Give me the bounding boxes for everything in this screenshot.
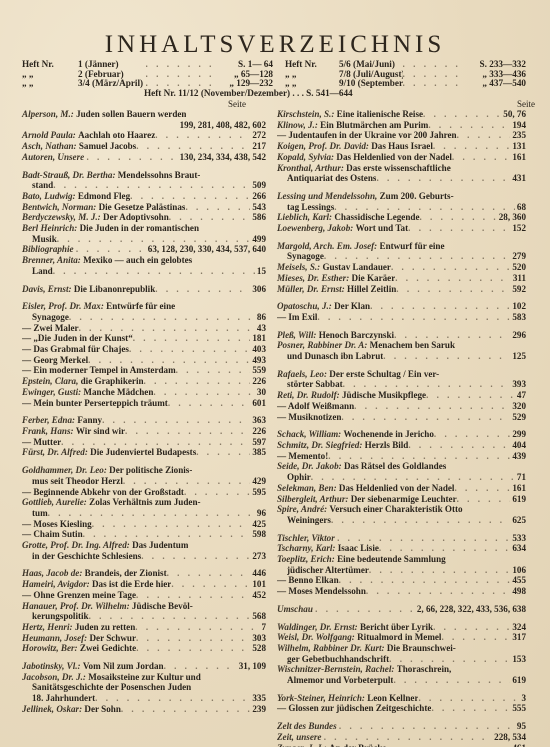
index-entry: Seide, Dr. Jakob: Das Rätsel des Goldlan… xyxy=(277,461,526,482)
entry-title: — Georg Merkel xyxy=(22,355,88,366)
entry-author: Kopald, Sylvia: xyxy=(277,152,334,163)
issue-name: 3/4 (März/April) xyxy=(78,79,146,89)
entry-pages: 7 xyxy=(259,622,266,633)
entry-author: Rafaels, Leo: xyxy=(277,369,327,380)
entry-line: Synagoge86 xyxy=(22,312,266,323)
issue-number: 1 xyxy=(78,60,83,69)
entry-pages: 226 xyxy=(250,376,266,387)
index-entry: Ewinger, Gusti: Manche Mädchen30 xyxy=(22,387,266,398)
issue-pages: „ 437—540 xyxy=(466,79,530,89)
index-entry: Waldinger, Dr. Ernst: Bericht über Lyrik… xyxy=(277,622,526,633)
leader-dots xyxy=(53,266,255,277)
entry-author: Wischnitzer-Bernstein, Rachel: xyxy=(277,664,394,675)
entry-author: Autoren, Unsere xyxy=(22,152,84,163)
leader-dots xyxy=(169,212,251,223)
entry-line: — Moses Mendelssohn498 xyxy=(277,586,526,597)
leader-dots xyxy=(136,643,250,654)
leader-dots xyxy=(317,312,510,323)
entry-title: Wochenende in Jericho xyxy=(343,429,433,440)
index-entry: Margold, Arch. Em. Josef: Entwurf für ei… xyxy=(277,241,526,262)
entry-line: störter Sabbat393 xyxy=(277,379,526,390)
entry-author: Pleß, Will: xyxy=(277,330,316,341)
entry-title: Der politische Zionis- xyxy=(109,465,192,476)
entry-author: Meisels, S.: xyxy=(277,262,320,273)
index-entry: — Adolf Weißmann320 xyxy=(277,401,526,412)
entry-line: Ewinger, Gusti: Manche Mädchen30 xyxy=(22,387,266,398)
leader-dots xyxy=(403,79,467,89)
entry-author: Tischler, Viktor xyxy=(277,533,335,544)
leader-dots xyxy=(130,191,250,202)
leader-dots xyxy=(121,704,250,715)
entry-line: Reti, Dr. Rudolf: Jüdische Musikpflege47 xyxy=(277,390,526,401)
entry-author: Heumann, Josef: xyxy=(22,633,87,644)
entry-pages: 95 xyxy=(515,721,526,732)
leader-dots xyxy=(136,633,250,644)
index-entry: York-Steiner, Heinrich: Leon Kellner3 xyxy=(277,693,526,704)
entry-line: Hameiri, Avigdor: Das ist die Erde hier1… xyxy=(22,579,266,590)
leader-dots xyxy=(441,632,510,643)
entry-title: Ein Blutmärchen am Purim xyxy=(320,120,428,131)
entry-pages: 30 xyxy=(255,387,266,398)
index-entry: Berdyczewsky, M. J.: Der Adoptivsohn586 xyxy=(22,212,266,223)
index-entry: — Moses Mendelssohn498 xyxy=(277,586,526,597)
entry-line: Mieses, Dr. Esther: Die Karäer311 xyxy=(277,273,526,284)
leader-dots xyxy=(61,437,250,448)
entry-author: York-Steiner, Heinrich: xyxy=(277,693,365,704)
entry-author: Gottlieb, Aurelie: xyxy=(22,497,87,508)
leader-dots xyxy=(339,721,515,732)
entry-author: Goldhammer, Dr. Leo: xyxy=(22,465,107,476)
entry-author: Jabotinsky, Vl.: xyxy=(22,661,81,672)
entry-pages: 303 xyxy=(250,633,266,644)
index-entry: Eisler, Prof. Dr. Max: Entwürfe für eine… xyxy=(22,301,266,322)
entry-author: Frank, Hans: xyxy=(22,426,74,437)
index-column-right: Kirschstein, S.: Eine italienische Reise… xyxy=(277,109,526,747)
entry-line: Loewenberg, Jakob: Wort und Tat152 xyxy=(277,223,526,234)
issue-name: 7/8 (Juli/August) xyxy=(339,70,403,80)
index-entry: Selekman, Ben: Das Heldenlied von der Na… xyxy=(277,483,526,494)
entry-author: Seide, Dr. Jakob: xyxy=(277,461,342,472)
leader-dots xyxy=(331,515,510,526)
entry-author: Müller, Dr. Ernst: xyxy=(277,284,345,295)
entry-pages: 199, 281, 408, 482, 602 xyxy=(178,120,266,131)
leader-dots xyxy=(48,508,255,519)
entry-pages: 161 xyxy=(510,483,526,494)
index-entry: Zeit, unsere 228, 534 xyxy=(277,732,526,743)
entry-title: — Glossen zur jüdischen Zeitgeschichte xyxy=(277,703,431,714)
entry-title: — Judentaufen in der Ukraine vor 200 Jah… xyxy=(277,130,457,141)
entry-line: ger Gebetbuchhandschrift153 xyxy=(277,654,526,665)
entry-title: Die Libanonrepublik xyxy=(74,284,155,295)
entry-pages: 153 xyxy=(510,654,526,665)
entry-line: Berl Heinrich: Die Juden in der romantis… xyxy=(22,223,266,234)
entry-line: — Ohne Grenzen meine Tage452 xyxy=(22,590,266,601)
leader-dots xyxy=(76,244,146,255)
entry-line: Almemor und Vorbeterpult619 xyxy=(277,675,526,686)
leader-dots xyxy=(395,273,511,284)
entry-pages: 363 xyxy=(250,415,266,426)
entry-line: Hertz, Henri: Juden zu retten7 xyxy=(22,622,266,633)
entry-line: Gottlieb, Aurelie: Zolas Verhältnis zum … xyxy=(22,497,266,508)
index-entry: Gottlieb, Aurelie: Zolas Verhältnis zum … xyxy=(22,497,266,518)
issue-months: (Jänner) xyxy=(85,60,119,69)
entry-title: Der Adoptivsohn xyxy=(103,212,169,223)
leader-dots xyxy=(69,312,255,323)
entry-line: Opatoschu, J.: Der Klan102 xyxy=(277,301,526,312)
entry-line: Badt-Strauß, Dr. Bertha: Mendelssohns Br… xyxy=(22,170,266,181)
entry-title: — Mutter xyxy=(22,437,61,448)
entry-pages: 306 xyxy=(250,284,266,295)
entry-line: — Zwei Maler43 xyxy=(22,323,266,334)
entry-line: Margold, Arch. Em. Josef: Entwurf für ei… xyxy=(277,241,526,252)
leader-dots xyxy=(129,344,250,355)
entry-title-cont: Ophir xyxy=(287,472,311,483)
leader-dots xyxy=(386,743,510,747)
index-entry: Brenner, Anita: Mexiko — auch ein gelobt… xyxy=(22,255,266,276)
entry-pages: 439 xyxy=(510,451,526,462)
entry-author: Klinow, J.: xyxy=(277,120,318,131)
entry-author: Badt-Strauß, Dr. Bertha: xyxy=(22,170,116,181)
entry-author: Ewinger, Gusti: xyxy=(22,387,81,398)
entry-line: Wilhelm, Rabbiner Dr. Kurt: Die Braunsch… xyxy=(277,643,526,654)
leader-dots xyxy=(433,622,510,633)
entry-pages: 559 xyxy=(250,365,266,376)
entry-pages: 555 xyxy=(510,703,526,714)
entry-line: Müller, Dr. Ernst: Hillel Zeitlin592 xyxy=(277,284,526,295)
entry-title: Entwürfe für eine xyxy=(106,301,175,312)
index-entry: Posner, Rabbiner Dr. A: Menachem ben Sar… xyxy=(277,340,526,361)
entry-title: Die Gesetze Palästinas xyxy=(99,202,186,213)
leader-dots xyxy=(92,519,251,530)
entry-line: — Chaim Sutin598 xyxy=(22,529,266,540)
entry-title: Der erste Schultag / Ein ver- xyxy=(329,369,439,380)
entry-title: Chassidische Legende xyxy=(334,212,419,223)
entry-title-cont: Sanitätsgeschichte der Posenschen Juden xyxy=(32,682,191,693)
entry-pages: 68 xyxy=(515,202,526,213)
entry-line: — Judentaufen in der Ukraine vor 200 Jah… xyxy=(277,130,526,141)
entry-title: Jüdische Bevöl- xyxy=(132,601,193,612)
entry-line: Zynger, J. J.: An der Brücke461 xyxy=(277,743,526,747)
issue-number: 3/4 xyxy=(78,79,90,88)
leader-dots xyxy=(343,379,511,390)
entry-pages: 235 xyxy=(510,130,526,141)
entry-line: Fürst, Dr. Alfred: Die Judenviertel Buda… xyxy=(22,447,266,458)
leader-dots xyxy=(79,323,255,334)
leader-dots xyxy=(433,141,510,152)
entry-pages: 317 xyxy=(510,632,526,643)
entry-author: Schack, William: xyxy=(277,429,341,440)
entry-title-cont: Almemor und Vorbeterpult xyxy=(287,675,393,686)
entry-line: — Das Grabmal für Chajes403 xyxy=(22,344,266,355)
entry-line: Tischler, Viktor 533 xyxy=(277,533,526,544)
issue-number: 9/10 xyxy=(339,79,355,88)
index-entry: Bentwich, Norman: Die Gesetze Palästinas… xyxy=(22,202,266,213)
index-entry: Pleß, Will: Henoch Barczynski296 xyxy=(277,330,526,341)
leader-dots xyxy=(379,543,510,554)
index-entry: Hameiri, Avigdor: Das ist die Erde hier1… xyxy=(22,579,266,590)
entry-line: Brenner, Anita: Mexiko — auch ein gelobt… xyxy=(22,255,266,266)
entry-line: Lieblich, Karl: Chassidische Legende28, … xyxy=(277,212,526,223)
leader-dots xyxy=(426,390,515,401)
leader-dots xyxy=(452,152,510,163)
leader-dots xyxy=(57,234,251,245)
entry-title-cont: tag Lessings xyxy=(287,202,334,213)
entry-line: Waldinger, Dr. Ernst: Bericht über Lyrik… xyxy=(277,622,526,633)
leader-dots xyxy=(185,202,250,213)
entry-title: — Im Exil xyxy=(277,312,317,323)
entry-title: Der Schwur xyxy=(89,633,136,644)
index-entry: Spire, André: Versuch einer Charakterist… xyxy=(277,504,526,525)
entry-title-cont: kerungspolitik xyxy=(32,611,89,622)
index-entry: Haas, Jacob de: Brandeis, der Zionist446 xyxy=(22,568,266,579)
entry-pages: 568 xyxy=(250,611,266,622)
entry-author: Jacobson, Dr. J.: xyxy=(22,672,86,683)
index-entry: Schmitz, Dr. Siegfried: Herzls Bild404 xyxy=(277,440,526,451)
entry-line: Arnold Paula: Aachlah oto Haarez272 xyxy=(22,130,266,141)
entry-pages: 31, 109 xyxy=(237,661,266,672)
entry-author: Mieses, Dr. Esther: xyxy=(277,273,349,284)
issue-name: 2 (Februar) xyxy=(78,70,146,80)
entry-author: Haas, Jacob de: xyxy=(22,568,82,579)
leader-dots xyxy=(328,451,510,462)
entry-author: Weisl, Dr. Wolfgang: xyxy=(277,632,355,643)
index-entry: — Zwei Maler43 xyxy=(22,323,266,334)
leader-dots xyxy=(83,529,251,540)
entry-line: stand509 xyxy=(22,180,266,191)
leader-dots xyxy=(403,60,467,70)
entry-title: die Graphikerin xyxy=(81,376,144,387)
entry-author: Bibliographie xyxy=(22,244,74,255)
entry-author: Horowitz, Ber: xyxy=(22,643,78,654)
issue-label: „ „ xyxy=(22,79,78,89)
entry-line: Davis, Ernst: Die Libanonrepublik306 xyxy=(22,284,266,295)
leader-dots xyxy=(454,483,510,494)
entry-author: Loewenberg, Jakob: xyxy=(277,223,353,234)
entry-title: Hillel Zeitlin xyxy=(347,284,396,295)
entry-pages: 130, 234, 334, 438, 542 xyxy=(178,152,266,163)
index-entry: Alperson, M.: Juden sollen Bauern werden… xyxy=(22,109,266,130)
entry-title: Herzls Bild xyxy=(365,440,409,451)
entry-pages: 279 xyxy=(510,251,526,262)
entry-line: in der Geschichte Schlesiens273 xyxy=(22,551,266,562)
index-column-left: Alperson, M.: Juden sollen Bauern werden… xyxy=(22,109,266,715)
leader-dots xyxy=(394,330,510,341)
seite-label-right: Seite xyxy=(517,99,535,109)
entry-author: Berdyczewsky, M. J.: xyxy=(22,212,101,223)
entry-title-cont: ger Gebetbuchhandschrift xyxy=(287,654,389,665)
leader-dots xyxy=(324,251,510,262)
entry-line: Bibliographie 63, 128, 230, 330, 434, 53… xyxy=(22,244,266,255)
entry-line: Heumann, Josef: Der Schwur303 xyxy=(22,633,266,644)
entry-pages: 47 xyxy=(515,390,526,401)
entry-author: Silbergleit, Arthur: xyxy=(277,494,348,505)
entry-line: Hanauer, Prof. Dr. Wilhelm: Jüdische Bev… xyxy=(22,601,266,612)
entry-pages: 583 xyxy=(510,312,526,323)
entry-title: Mosaiksteine zur Kultur und xyxy=(88,672,201,683)
entry-pages: 43 xyxy=(255,323,266,334)
entry-line: Jacobson, Dr. J.: Mosaiksteine zur Kultu… xyxy=(22,672,266,683)
entry-author: Kronthal, Arthur: xyxy=(277,163,344,174)
index-entry: Kopald, Sylvia: Das Heldenlied von der N… xyxy=(277,152,526,163)
issue-months: (Mai/Juni) xyxy=(353,60,395,69)
entry-title: Der Klan xyxy=(334,301,370,312)
entry-line: Bato, Ludwig: Edmond Fleg266 xyxy=(22,191,266,202)
entry-line: — Musiknotizen529 xyxy=(277,412,526,423)
entry-title: Mexiko — auch ein gelobtes xyxy=(83,255,192,266)
entry-pages: 106 xyxy=(510,565,526,576)
entry-title-cont: und Dunasch ibn Labrut xyxy=(287,351,383,362)
entry-line: tum96 xyxy=(22,508,266,519)
entry-title: Eine bedeutende Sammlung xyxy=(337,554,446,565)
entry-author: Brenner, Anita: xyxy=(22,255,81,266)
entry-line: Jabotinsky, Vl.: Vom Nil zum Jordan31, 1… xyxy=(22,661,266,672)
entry-line: Frank, Hans: Wir sind wir226 xyxy=(22,426,266,437)
entry-author: Koigen, Prof. Dr. David: xyxy=(277,141,369,152)
entry-line: Rafaels, Leo: Der erste Schultag / Ein v… xyxy=(277,369,526,380)
entry-author: Epstein, Clara, xyxy=(22,376,78,387)
entry-author: Lieblich, Karl: xyxy=(277,212,332,223)
entry-pages: 425 xyxy=(250,519,266,530)
leader-dots xyxy=(141,551,250,562)
entry-pages: 619 xyxy=(510,675,526,686)
issue-row-11-12: Heft Nr. 11/12 (November/Dezember) . . .… xyxy=(144,89,353,99)
entry-pages: 161 xyxy=(510,152,526,163)
index-entry: Autoren, Unsere 130, 234, 334, 438, 542 xyxy=(22,152,266,163)
leader-dots xyxy=(431,703,510,714)
entry-author: Eisler, Prof. Dr. Max: xyxy=(22,301,104,312)
entry-pages: 28, 360 xyxy=(497,212,526,223)
entry-title-cont: in der Geschichte Schlesiens xyxy=(32,551,141,562)
issue-months: (Februar) xyxy=(85,70,124,79)
entry-pages: 446 xyxy=(250,568,266,579)
entry-author: Reti, Dr. Rudolf: xyxy=(277,390,340,401)
entry-line: Weiningers625 xyxy=(277,515,526,526)
leader-dots xyxy=(86,152,177,163)
leader-dots xyxy=(389,654,510,665)
entry-title-cont: Musik xyxy=(32,234,57,245)
entry-title: Entwurf für eine xyxy=(380,241,445,252)
entry-title: — Musiknotizen xyxy=(277,412,341,423)
entry-title: — „Die Juden in der Kunst“ xyxy=(22,333,133,344)
entry-line: Tscharny, Karl: Isaac Lisie634 xyxy=(277,543,526,554)
entry-line: Autoren, Unsere 130, 234, 334, 438, 542 xyxy=(22,152,266,163)
leader-dots xyxy=(167,568,251,579)
entry-pages: 625 xyxy=(510,515,526,526)
entry-line: Koigen, Prof. Dr. David: Das Haus Israel… xyxy=(277,141,526,152)
entry-author: Toeplitz, Erich: xyxy=(277,554,335,565)
entry-author: Zelt des Bundes xyxy=(277,721,337,732)
index-entry: — Musiknotizen529 xyxy=(277,412,526,423)
leader-dots xyxy=(408,223,510,234)
entry-line: Schack, William: Wochenende in Jericho29… xyxy=(277,429,526,440)
entry-pages: 619 xyxy=(510,494,526,505)
entry-title: Isaac Lisie xyxy=(338,543,379,554)
issue-row: „ „2 (Februar)„ 65—128„ „7/8 (Juli/Augus… xyxy=(22,70,532,80)
entry-line: Berdyczewsky, M. J.: Der Adoptivsohn586 xyxy=(22,212,266,223)
entry-author: Berl Heinrich: xyxy=(22,223,77,234)
index-entry: Umschau 2, 66, 228, 322, 433, 536, 638 xyxy=(277,604,526,615)
index-entry: Bato, Ludwig: Edmond Fleg266 xyxy=(22,191,266,202)
entry-title: — Beginnende Abkehr von der Großstadt xyxy=(22,487,184,498)
index-entry: Koigen, Prof. Dr. David: Das Haus Israel… xyxy=(277,141,526,152)
index-entry: Klinow, J.: Ein Blutmärchen am Purim194 xyxy=(277,120,526,131)
entry-title: Henoch Barczynski xyxy=(319,330,394,341)
entry-line: Ophir71 xyxy=(277,472,526,483)
entry-title: Zolas Verhältnis zum Juden- xyxy=(89,497,200,508)
entry-title: Menachem ben Saruk xyxy=(370,340,455,351)
leader-dots xyxy=(123,476,251,487)
entry-author: Jellinek, Oskar: xyxy=(22,704,82,715)
leader-dots xyxy=(168,398,251,409)
leader-dots xyxy=(136,141,250,152)
entry-title: Gustav Landauer xyxy=(322,262,390,273)
index-entry: Fürst, Dr. Alfred: Die Judenviertel Buda… xyxy=(22,447,266,458)
entry-pages: 71 xyxy=(515,472,526,483)
leader-dots xyxy=(102,415,250,426)
entry-title: Der Sohn xyxy=(84,704,120,715)
entry-title: Wort und Tat xyxy=(356,223,409,234)
leader-dots xyxy=(428,120,510,131)
entry-pages: 320 xyxy=(510,401,526,412)
entry-pages: 597 xyxy=(250,437,266,448)
index-entry: Horowitz, Ber: Zwei Gedichte528 xyxy=(22,643,266,654)
index-entry: — Moses Kiesling425 xyxy=(22,519,266,530)
entry-line: — Ein moderner Tempel in Amsterdam559 xyxy=(22,365,266,376)
entry-pages: 50, 76 xyxy=(501,109,526,120)
entry-title: Samuel Jacobs xyxy=(79,141,136,152)
entry-line: Posner, Rabbiner Dr. A: Menachem ben Sar… xyxy=(277,340,526,351)
entry-title: Das Heldenlied von der Nadel xyxy=(339,483,455,494)
issue-months: (Juli/August) xyxy=(353,70,402,79)
leader-dots xyxy=(337,533,510,544)
entry-title: Manche Mädchen xyxy=(83,387,153,398)
entry-title: — Adolf Weißmann xyxy=(277,401,354,412)
entry-line: — Moses Kiesling425 xyxy=(22,519,266,530)
entry-title-cont: stand xyxy=(32,180,53,191)
entry-pages: 273 xyxy=(250,551,266,562)
entry-pages: 509 xyxy=(250,180,266,191)
entry-pages: 101 xyxy=(250,579,266,590)
page-title: INHALTSVERZEICHNIS xyxy=(0,31,550,59)
entry-pages: 152 xyxy=(510,223,526,234)
entry-title: — Moses Mendelssohn xyxy=(277,586,366,597)
entry-line: und Dunasch ibn Labrut125 xyxy=(277,351,526,362)
index-page: INHALTSVERZEICHNIS Heft Nr.1 (Jänner)S. … xyxy=(0,0,550,747)
entry-pages: 543 xyxy=(250,202,266,213)
index-entry: Lessing und Mendelssohn, Zum 200. Geburt… xyxy=(277,191,526,212)
leader-dots xyxy=(383,351,510,362)
entry-pages: 335 xyxy=(250,693,266,704)
entry-line: — Glossen zur jüdischen Zeitgeschichte55… xyxy=(277,703,526,714)
seite-label-left: Seite xyxy=(228,99,246,109)
index-entry: Hanauer, Prof. Dr. Wilhelm: Jüdische Bev… xyxy=(22,601,266,622)
entry-pages: 217 xyxy=(250,141,266,152)
entry-pages: 429 xyxy=(250,476,266,487)
entry-author: Fürst, Dr. Alfred: xyxy=(22,447,88,458)
index-entry: Mieses, Dr. Esther: Die Karäer311 xyxy=(277,273,526,284)
entry-title: Das Rätsel des Goldlandes xyxy=(344,461,446,472)
entry-pages: 601 xyxy=(250,398,266,409)
issue-name: 5/6 (Mai/Juni) xyxy=(339,60,403,70)
leader-dots xyxy=(136,590,250,601)
issue-row: Heft Nr.1 (Jänner)S. 1— 64Heft Nr.5/6 (M… xyxy=(22,60,532,70)
entry-line: Meisels, S.: Gustav Landauer520 xyxy=(277,262,526,273)
leader-dots xyxy=(135,622,259,633)
leader-dots xyxy=(153,387,255,398)
entry-pages: 403 xyxy=(250,344,266,355)
index-entry: — Das Grabmal für Chajes403 xyxy=(22,344,266,355)
entry-pages: 520 xyxy=(510,262,526,273)
